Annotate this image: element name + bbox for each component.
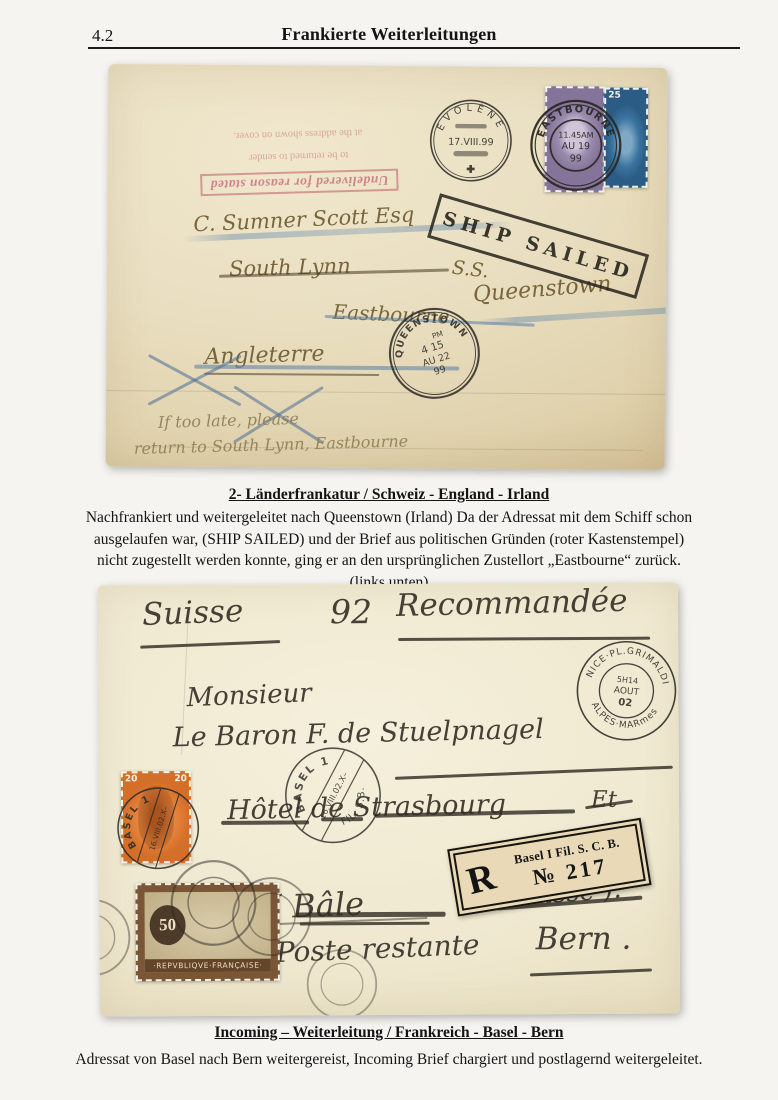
blue-crayon-strike (479, 304, 668, 326)
postmark-eastbourne: EASTBOURNE 11.45AM AU 19 99 (523, 93, 628, 198)
postmark-ornament (455, 124, 486, 129)
postmark-year: 99 (570, 153, 582, 164)
exhibit-page: 4.2 Frankierte Weiterleitungen Undeliver… (0, 0, 778, 1100)
postmark-year: 02 (618, 697, 633, 709)
postmark-date: AU 19 (562, 141, 590, 152)
cover2-caption: Incoming – Weiterleitung / Frankreich - … (0, 1024, 778, 1042)
hw-registered: Recommandée (396, 583, 628, 624)
underline (530, 968, 652, 976)
postmark-evolene: EVOLÈNE 17.VIII.99 (423, 92, 520, 189)
hw-note-line1: If too late, please (158, 409, 299, 432)
cover2-description: Adressat von Basel nach Bern weitergerei… (0, 1049, 778, 1071)
strike-line (204, 373, 379, 376)
red-handstamp-content: Undelivered for reason stated to be retu… (186, 124, 412, 196)
hw-et: Et (591, 787, 617, 813)
hw-note-line2: return to South Lynn, Eastbourne (134, 431, 409, 458)
cover-photo-frankreich-basel-bern: Suisse 92 Recommandée Monsieur Le Baron … (98, 582, 680, 1016)
registered-r: R (463, 858, 499, 902)
red-handstamp-line2: to be returned to sender (249, 148, 348, 164)
postmark-ghost (98, 892, 137, 982)
hw-ss: S.S. (451, 257, 490, 283)
underline (140, 640, 280, 648)
swiss-cross-ornament (467, 165, 475, 173)
svg-text:EVOLÈNE: EVOLÈNE (435, 101, 507, 133)
underline (395, 766, 673, 780)
cover1-description: Nachfrankiert und weitergeleitet nach Qu… (85, 507, 693, 594)
red-handstamp-heading: Undelivered for reason stated (200, 169, 399, 197)
postmark-hour: 5H14 (616, 675, 638, 686)
cover-photo-schweiz-england-irland: Undelivered for reason stated to be retu… (106, 64, 668, 470)
hw-salutation: Monsieur (186, 678, 312, 713)
red-handstamp-line3: at the address shown on cover. (234, 126, 363, 143)
crease-line (106, 390, 665, 395)
postmark-date: 17.VIII.99 (448, 137, 494, 148)
page-title: Frankierte Weiterleitungen (0, 24, 778, 45)
postmark-date: 16.VIII.02.X– (147, 805, 170, 852)
hw-number: 92 (330, 592, 372, 631)
hw-country: Suisse (141, 593, 244, 633)
red-undelivered-handstamp: Undelivered for reason stated to be retu… (186, 124, 412, 196)
postmark-ornament (453, 151, 488, 156)
postmark-year: 99 (433, 364, 448, 378)
postmark-month: AOUT (613, 686, 640, 699)
cover1-caption: 2- Länderfrankatur / Schweiz - England -… (0, 486, 778, 504)
postmark-time: 11.45AM (558, 131, 593, 140)
postmark-nice-grimaldi: NICE·PL.GRIMALDI ALPES·MARmes 5H14 AOUT … (566, 631, 680, 751)
postmark-town: EVOLÈNE (435, 101, 507, 133)
header-rule (88, 47, 740, 49)
stamp-country-banner: ·REPVBLIQVE·FRANÇAISE· (145, 959, 271, 973)
hw-bern: Bern . (536, 921, 632, 958)
postmark-ghost (301, 943, 383, 1016)
